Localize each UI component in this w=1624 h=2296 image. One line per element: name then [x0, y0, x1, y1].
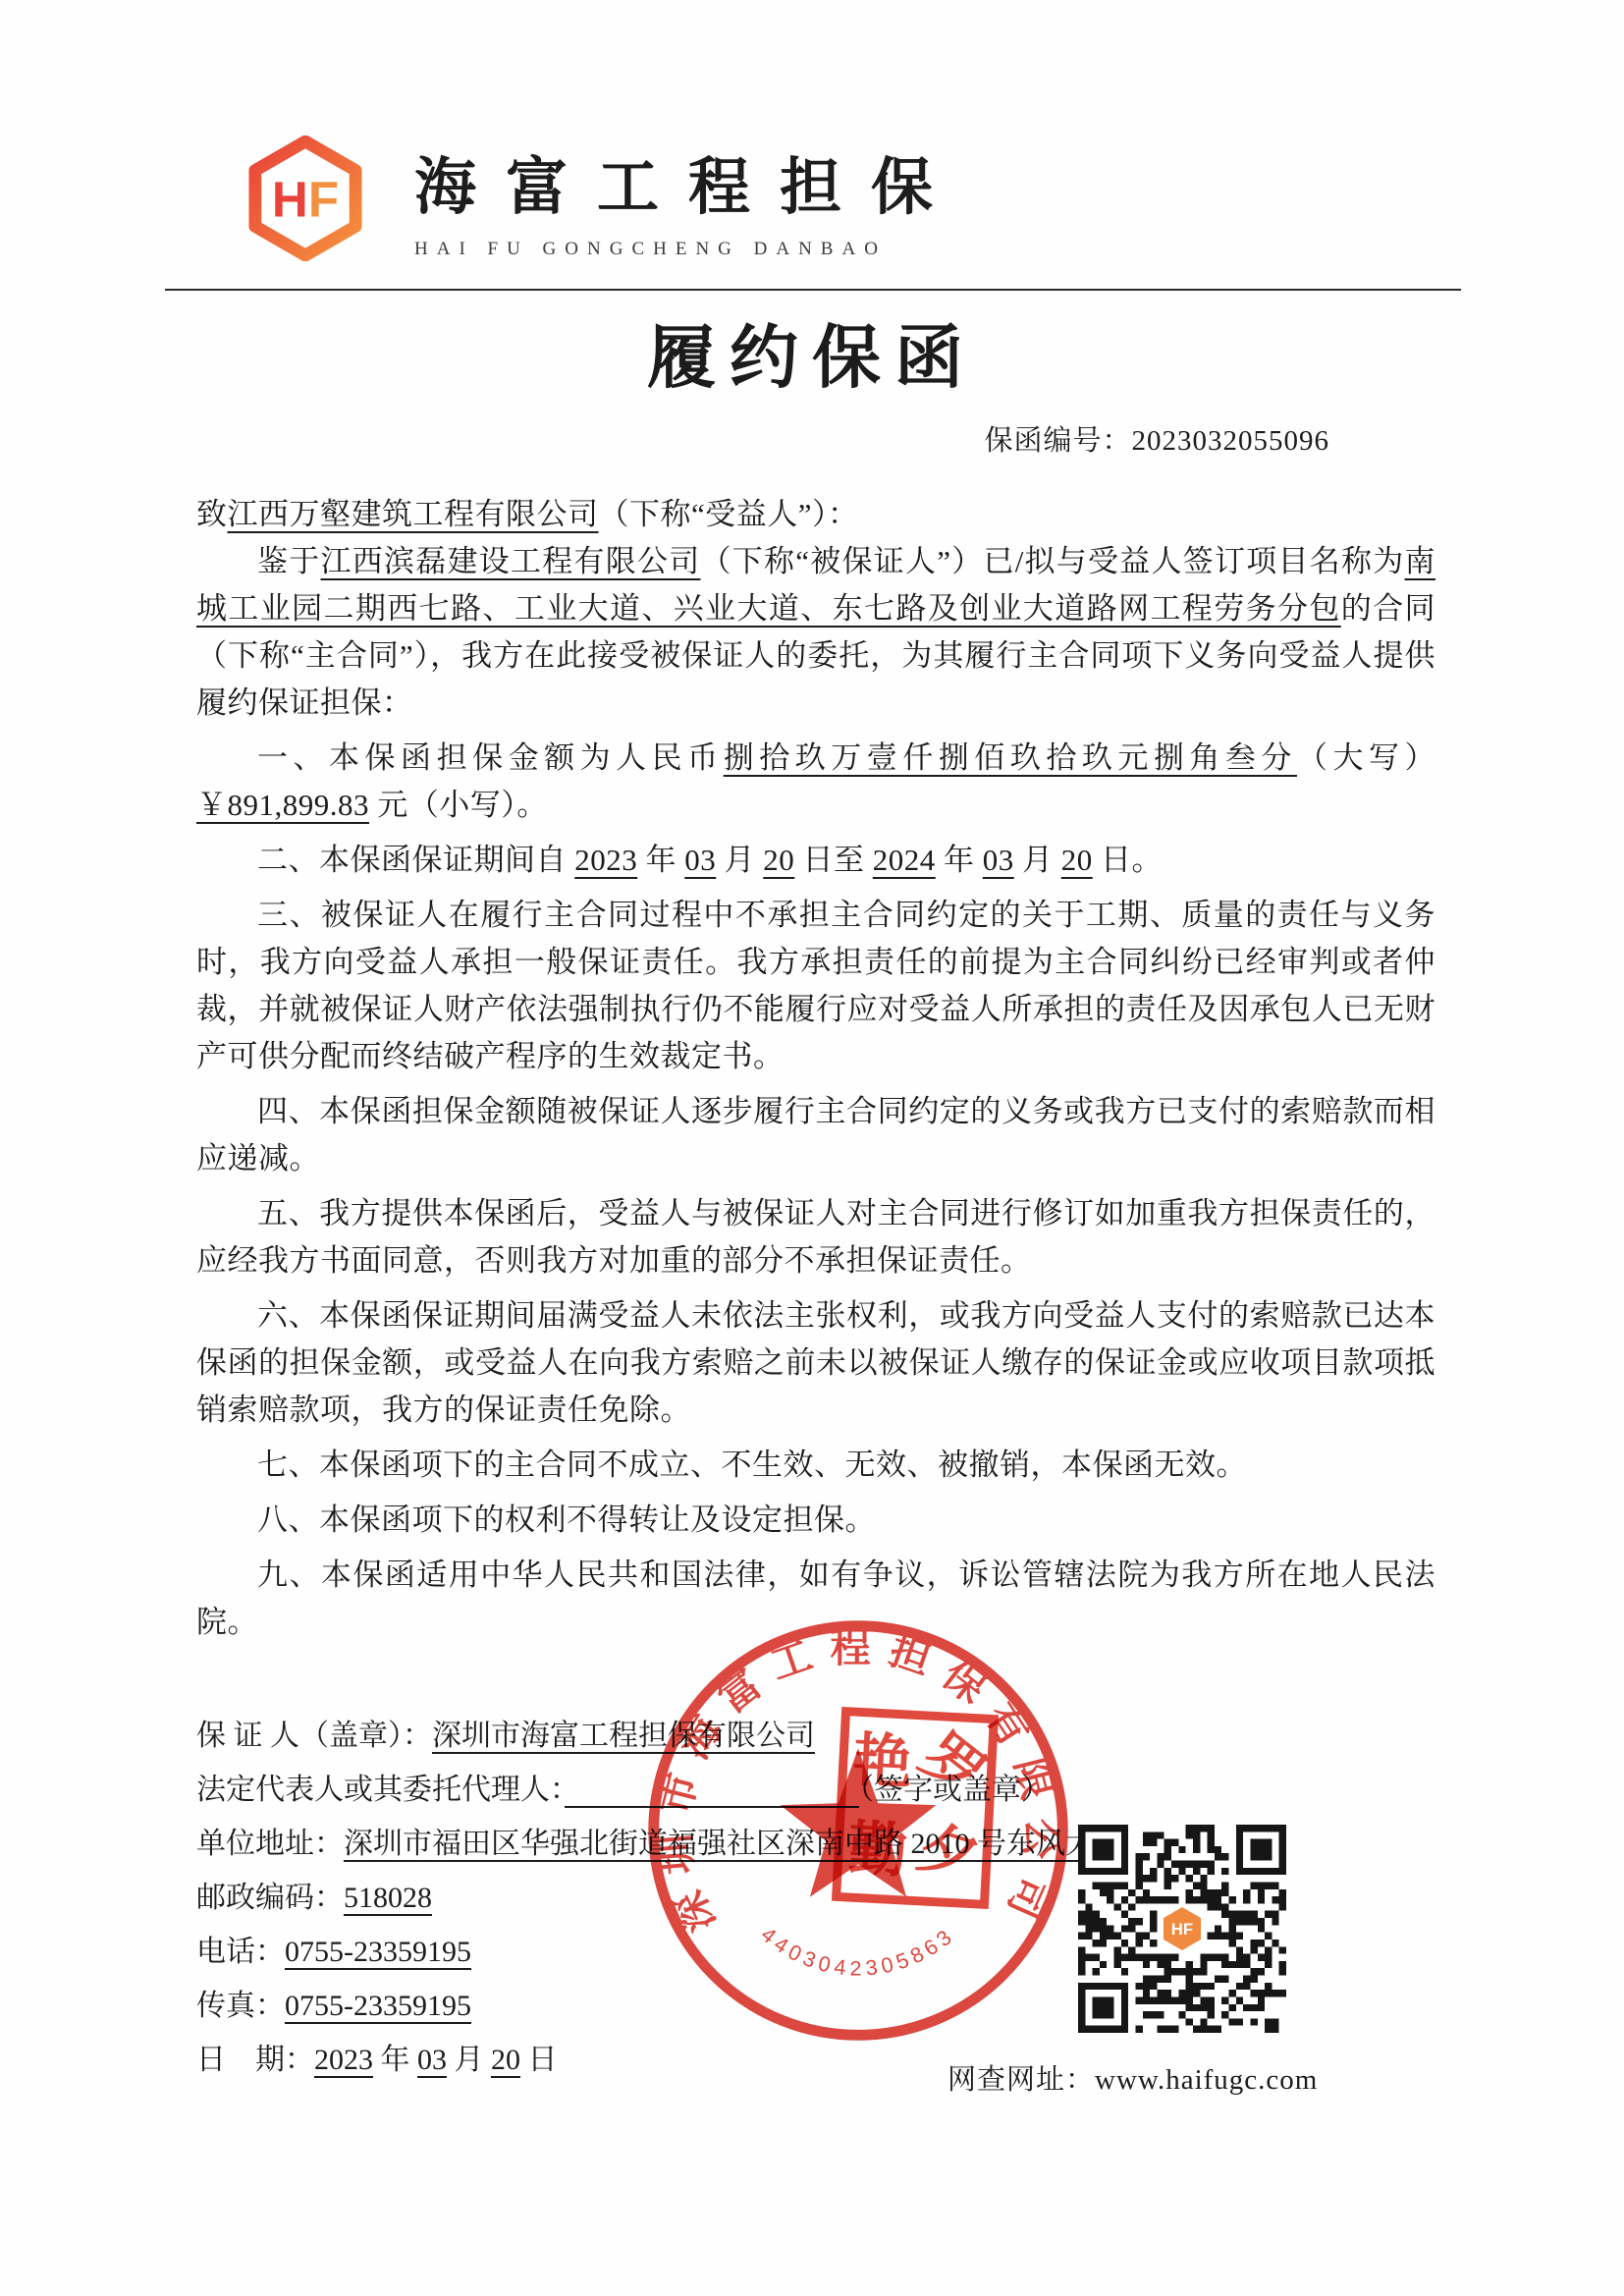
underlined-text: 20: [1061, 843, 1093, 877]
text: 月: [447, 2044, 491, 2076]
text: 鉴于: [257, 544, 321, 578]
guarantor-line: 保 证 人（盖章）：深圳市海富工程担保有限公司: [196, 1709, 1435, 1763]
clause-1: 一、本保函担保金额为人民币捌拾玖万壹仟捌佰玖拾玖元捌角叁分（大写）￥891,89…: [196, 735, 1435, 829]
underlined-text: 2023: [574, 843, 637, 877]
underlined-text: 03: [983, 843, 1014, 877]
text: 电话：: [196, 1936, 285, 1968]
clause-3: 三、被保证人在履行主合同过程中不承担主合同约定的关于工期、质量的责任与义务时，我…: [196, 892, 1435, 1080]
text: 日: [520, 2044, 558, 2076]
brand-name: 海富工程担保: [414, 137, 962, 227]
text: 单位地址：: [196, 1828, 344, 1860]
document-page: HF 海富工程担保 HAI FU GONGCHENG DANBAO 履约保函 保…: [0, 0, 1624, 2296]
underlined-text: 0755-23359195: [285, 1936, 471, 1968]
underlined-text: 2024: [873, 843, 936, 877]
text: 年: [373, 2044, 417, 2076]
underlined-text: 2023: [314, 2044, 373, 2076]
paragraph-recital: 鉴于江西滨磊建设工程有限公司（下称“被保证人”）已/拟与受益人签订项目名称为南城…: [196, 538, 1435, 727]
clause-6: 六、本保函保证期间届满受益人未依法主张权利，或我方向受益人支付的索赔款已达本保函…: [196, 1292, 1435, 1434]
underlined-text: 518028: [344, 1882, 432, 1914]
text: 四、本保函担保金额随被保证人逐步履行主合同约定的义务或我方已支付的索赔款而相应递…: [196, 1094, 1435, 1175]
text: 月: [716, 843, 763, 877]
underlined-text: 20: [491, 2044, 520, 2076]
clause-2: 二、本保函保证期间自 2023 年 03 月 20 日至 2024 年 03 月…: [196, 837, 1435, 884]
hexagon-hf-logo-icon: HF: [247, 136, 363, 261]
brand-pinyin: HAI FU GONGCHENG DANBAO: [414, 239, 962, 260]
document-title: 履约保函: [0, 302, 1624, 402]
guarantee-number-label: 保函编号：: [984, 425, 1131, 457]
text: 日 期：: [196, 2044, 314, 2076]
underlined-text: 03: [684, 843, 716, 877]
text: 传真：: [196, 1990, 285, 2022]
text: 年: [936, 843, 983, 877]
qr-code: HF: [1078, 1825, 1286, 2033]
text: 致: [196, 497, 228, 531]
verify-url-label: 网查网址：: [947, 2064, 1095, 2096]
text: （签字或盖章）: [859, 1774, 1051, 1806]
underlined-text: ￥891,899.83: [196, 788, 369, 822]
text: 日至: [794, 843, 873, 877]
underlined-text: [565, 1774, 859, 1806]
text: 年: [637, 843, 684, 877]
clause-4: 四、本保函担保金额随被保证人逐步履行主合同约定的义务或我方已支付的索赔款而相应递…: [196, 1088, 1435, 1182]
verify-url: 网查网址：www.haifugc.com: [947, 2057, 1318, 2098]
text: 三、被保证人在履行主合同过程中不承担主合同约定的关于工期、质量的责任与义务时，我…: [196, 898, 1435, 1073]
underlined-text: 捌拾玖万壹仟捌佰玖拾玖元捌角叁分: [724, 740, 1297, 775]
underlined-text: 03: [417, 2044, 447, 2076]
body-text: 致江西万壑建筑工程有限公司（下称“受益人”）： 鉴于江西滨磊建设工程有限公司（下…: [196, 491, 1435, 1646]
verify-url-value: www.haifugc.com: [1095, 2064, 1318, 2096]
svg-text:HF: HF: [1171, 1920, 1193, 1939]
paragraph-salutation: 致江西万壑建筑工程有限公司（下称“受益人”）：: [196, 491, 1435, 538]
text: 五、我方提供本保函后，受益人与被保证人对主合同进行修订如加重我方担保责任的，应经…: [196, 1196, 1435, 1278]
underlined-text: 江西万壑建筑工程有限公司: [228, 497, 599, 531]
text: 元（小写）。: [369, 788, 548, 822]
clause-8: 八、本保函项下的权利不得转让及设定担保。: [196, 1497, 1435, 1544]
text: 日。: [1093, 843, 1163, 877]
text: （大写）: [1297, 740, 1435, 775]
underlined-text: 20: [763, 843, 794, 877]
text: 二、本保函保证期间自: [257, 843, 574, 877]
clause-9: 九、本保函适用中华人民共和国法律，如有争议，诉讼管辖法院为我方所在地人民法院。: [196, 1552, 1435, 1646]
clause-5: 五、我方提供本保函后，受益人与被保证人对主合同进行修订如加重我方担保责任的，应经…: [196, 1190, 1435, 1285]
legal-rep-line: 法定代表人或其委托代理人： （签字或盖章）: [196, 1763, 1435, 1817]
text: 九、本保函适用中华人民共和国法律，如有争议，诉讼管辖法院为我方所在地人民法院。: [196, 1558, 1435, 1639]
brand-text: 海富工程担保 HAI FU GONGCHENG DANBAO: [414, 137, 962, 260]
text: 保 证 人（盖章）：: [196, 1720, 432, 1752]
text: 八、本保函项下的权利不得转让及设定担保。: [257, 1503, 876, 1537]
text: 七、本保函项下的主合同不成立、不生效、无效、被撤销，本保函无效。: [257, 1448, 1247, 1482]
svg-text:HF: HF: [272, 172, 339, 228]
text: 月: [1014, 843, 1061, 877]
text: 法定代表人或其委托代理人：: [196, 1774, 565, 1806]
underlined-text: 江西滨磊建设工程有限公司: [321, 544, 701, 578]
letterhead: HF 海富工程担保 HAI FU GONGCHENG DANBAO: [247, 136, 962, 261]
text: 邮政编码：: [196, 1882, 344, 1914]
underlined-text: 深圳市海富工程担保有限公司: [432, 1720, 815, 1752]
guarantee-number: 保函编号：2023032055096: [984, 418, 1329, 459]
underlined-text: 0755-23359195: [285, 1990, 471, 2022]
text: （下称“被保证人”）已/拟与受益人签订项目名称为: [700, 544, 1404, 578]
text: 六、本保函保证期间届满受益人未依法主张权利，或我方向受益人支付的索赔款已达本保函…: [196, 1298, 1435, 1427]
header-divider: [165, 289, 1461, 291]
text: 一、本保函担保金额为人民币: [257, 740, 724, 775]
clause-7: 七、本保函项下的主合同不成立、不生效、无效、被撤销，本保函无效。: [196, 1442, 1435, 1489]
text: （下称“受益人”）：: [599, 497, 859, 531]
guarantee-number-value: 2023032055096: [1132, 425, 1330, 457]
